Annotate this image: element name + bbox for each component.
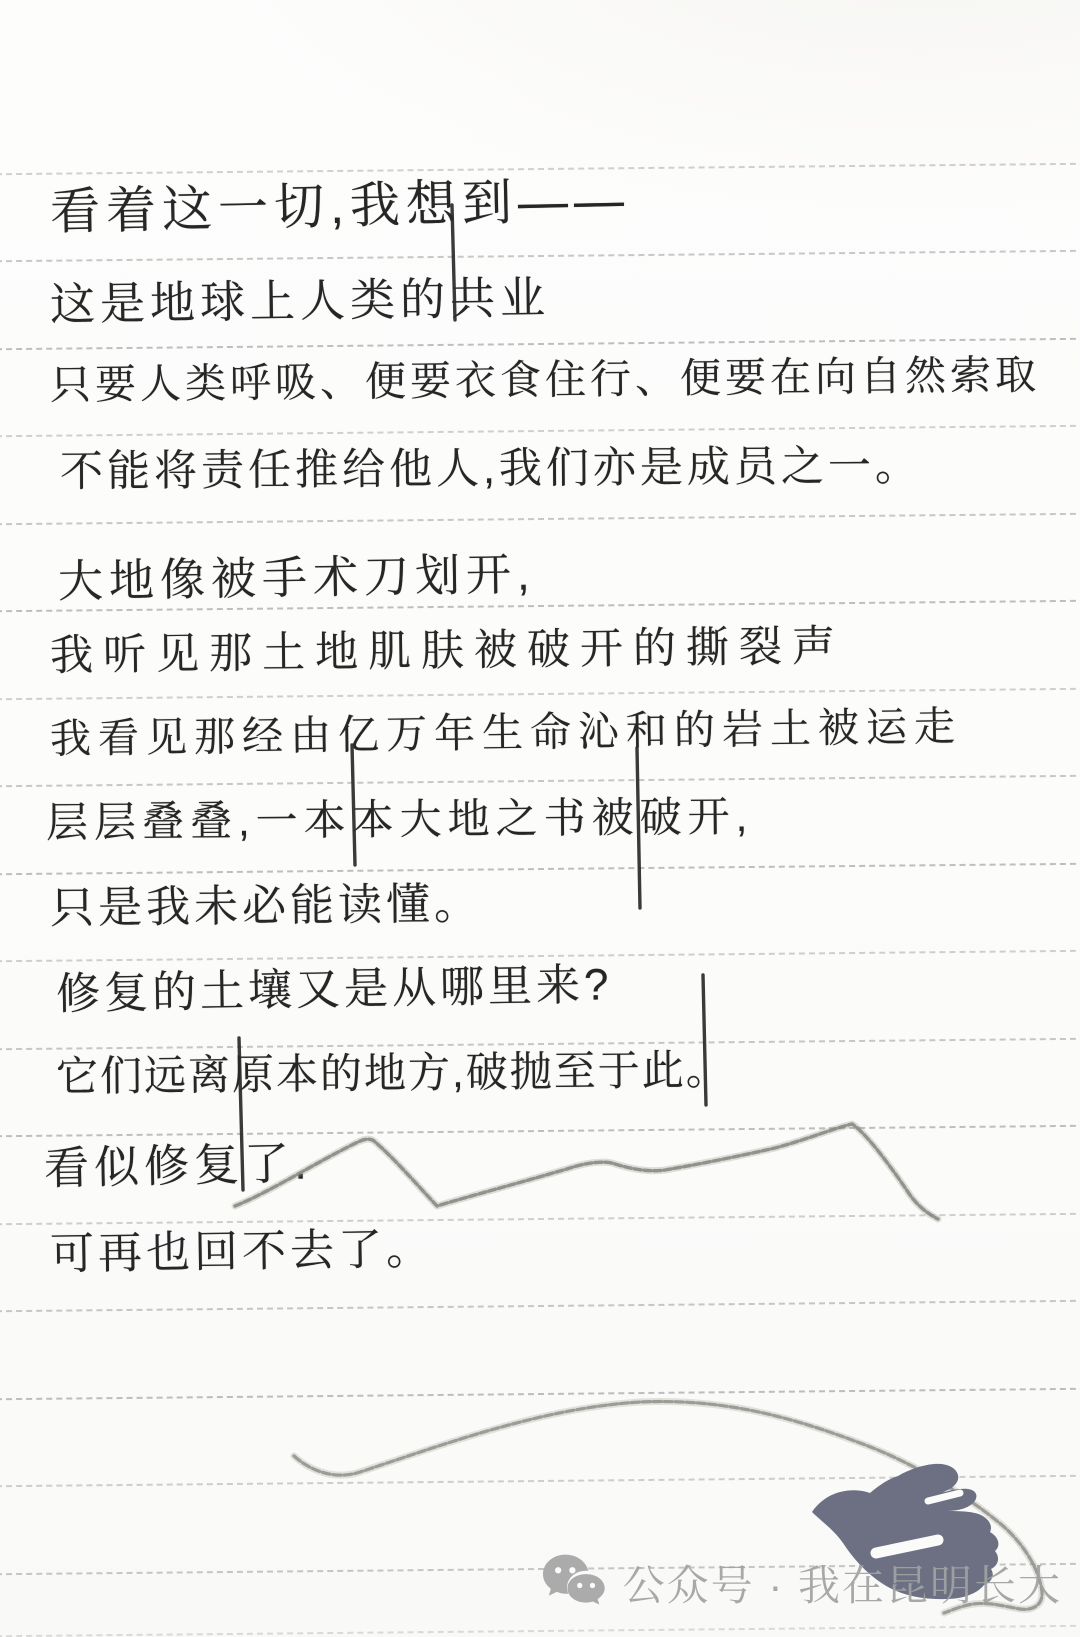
handwritten-line: 只要人类呼吸、便要衣食住行、便要在向自然索取 (50, 342, 1041, 411)
handwritten-line: 层层叠叠,一本本大地之书被破开, (46, 784, 754, 850)
notebook-page: 看着这一切,我想到—— 这是地球上人类的共业 只要人类呼吸、便要衣食住行、便要在… (0, 0, 1080, 1637)
handwritten-line: 可再也回不去了。 (50, 1213, 435, 1282)
ruled-line (0, 513, 1080, 526)
watermark: 公众号 · 我在昆明长大 (542, 1548, 1062, 1618)
handwritten-line: 只是我未必能读懂。 (50, 867, 483, 936)
handwritten-line: 修复的土壤又是从哪里来? (55, 948, 613, 1022)
wechat-icon (542, 1552, 607, 1614)
handwritten-line: 看似修复了. (43, 1126, 312, 1197)
ruled-line (0, 1300, 1080, 1313)
watermark-label: 公众号 · 我在昆明长大 (623, 1553, 1062, 1613)
handwritten-line: 我看见那经由亿万年生命沁和的岩土被运走 (50, 693, 963, 765)
handwritten-line: 看着这一切,我想到—— (49, 160, 630, 244)
ruled-line (0, 1625, 1080, 1637)
ruled-line (0, 1475, 1080, 1488)
handwritten-line: 这是地球上人类的共业 (50, 261, 551, 333)
handwritten-line: 不能将责任推给他人,我们亦是成员之一。 (60, 432, 922, 499)
handwritten-line: 大地像被手术刀划开, (57, 538, 535, 610)
ruled-line (0, 1388, 1080, 1401)
mountain-ridge-sketch (235, 1124, 938, 1219)
handwritten-line: 我听见那土地肌肤被破开的撕裂声 (50, 612, 846, 683)
handwritten-line: 它们远离原本的地方,破抛至于此。 (56, 1037, 730, 1104)
